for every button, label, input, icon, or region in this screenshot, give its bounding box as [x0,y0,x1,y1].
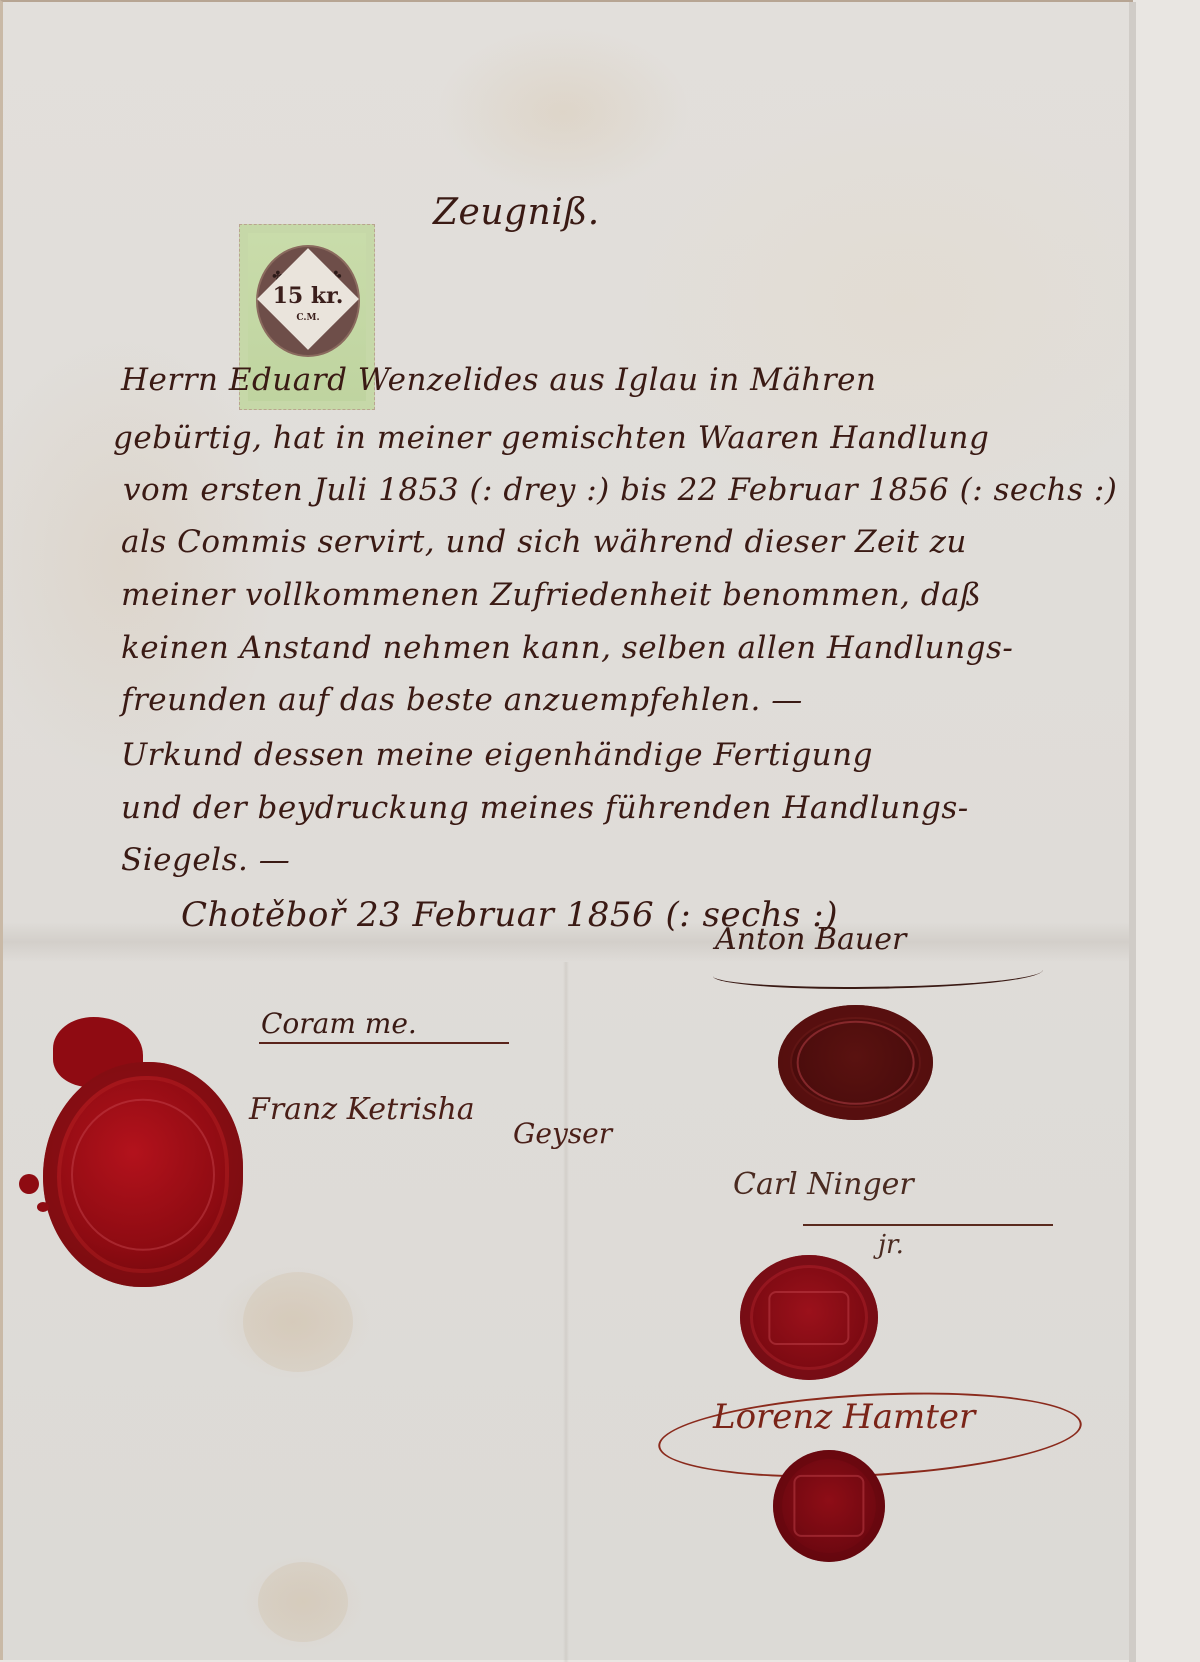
seal-crest-icon [71,1098,215,1251]
witness-signature: Carl Ninger [733,1167,914,1202]
wax-drip [19,1174,39,1194]
page-edge [1129,2,1136,1660]
signature-flourish [803,1224,1053,1226]
wax-seal [740,1255,878,1380]
stamp-currency: C.M. [248,313,368,323]
wax-seal [773,1450,885,1562]
wax-drip [37,1202,49,1212]
witness-signature: Franz Ketrisha [249,1092,475,1127]
body-line: keinen Anstand nehmen kann, selben allen… [121,630,1013,666]
document-page: Zeugniß. ✤ ✤ 15 kr. C.M. Herrn Eduard We… [0,0,1133,1660]
body-line: Herrn Eduard Wenzelides aus Iglau in Mäh… [121,362,876,398]
coram-underline [259,1042,509,1044]
wax-seal-large [43,1062,243,1287]
body-line: Urkund dessen meine eigenhändige Fertigu… [121,737,873,773]
coram-label: Coram me. [261,1007,417,1040]
wax-seal [778,1005,933,1120]
body-line: und der beydruckung meines führenden Han… [121,790,969,826]
issuer-signature: Anton Bauer [715,922,906,957]
body-line: gebürtig, hat in meiner gemischten Waare… [113,420,989,456]
body-line: freunden auf das beste anzuempfehlen. — [121,682,803,718]
witness-signature: Geyser [513,1117,612,1150]
water-stain [258,1562,348,1642]
body-line: vom ersten Juli 1853 (: drey :) bis 22 F… [123,472,1117,508]
document-title: Zeugniß. [433,192,600,233]
seal-crest-icon [768,1291,849,1345]
witness-signature: Lorenz Hamter [713,1397,975,1437]
body-line: meiner vollkommenen Zufriedenheit benomm… [121,577,981,613]
signature-flourish [713,957,1043,989]
signature-suffix: jr. [878,1230,904,1260]
stamp-value: 15 kr. [248,283,368,309]
water-stain [243,1272,353,1372]
vertical-fold [563,962,569,1660]
seal-crest-icon [793,1475,864,1537]
body-line: als Commis servirt, und sich während die… [121,524,967,560]
seal-crest-icon [796,1020,915,1105]
body-line: Siegels. — [121,842,290,878]
